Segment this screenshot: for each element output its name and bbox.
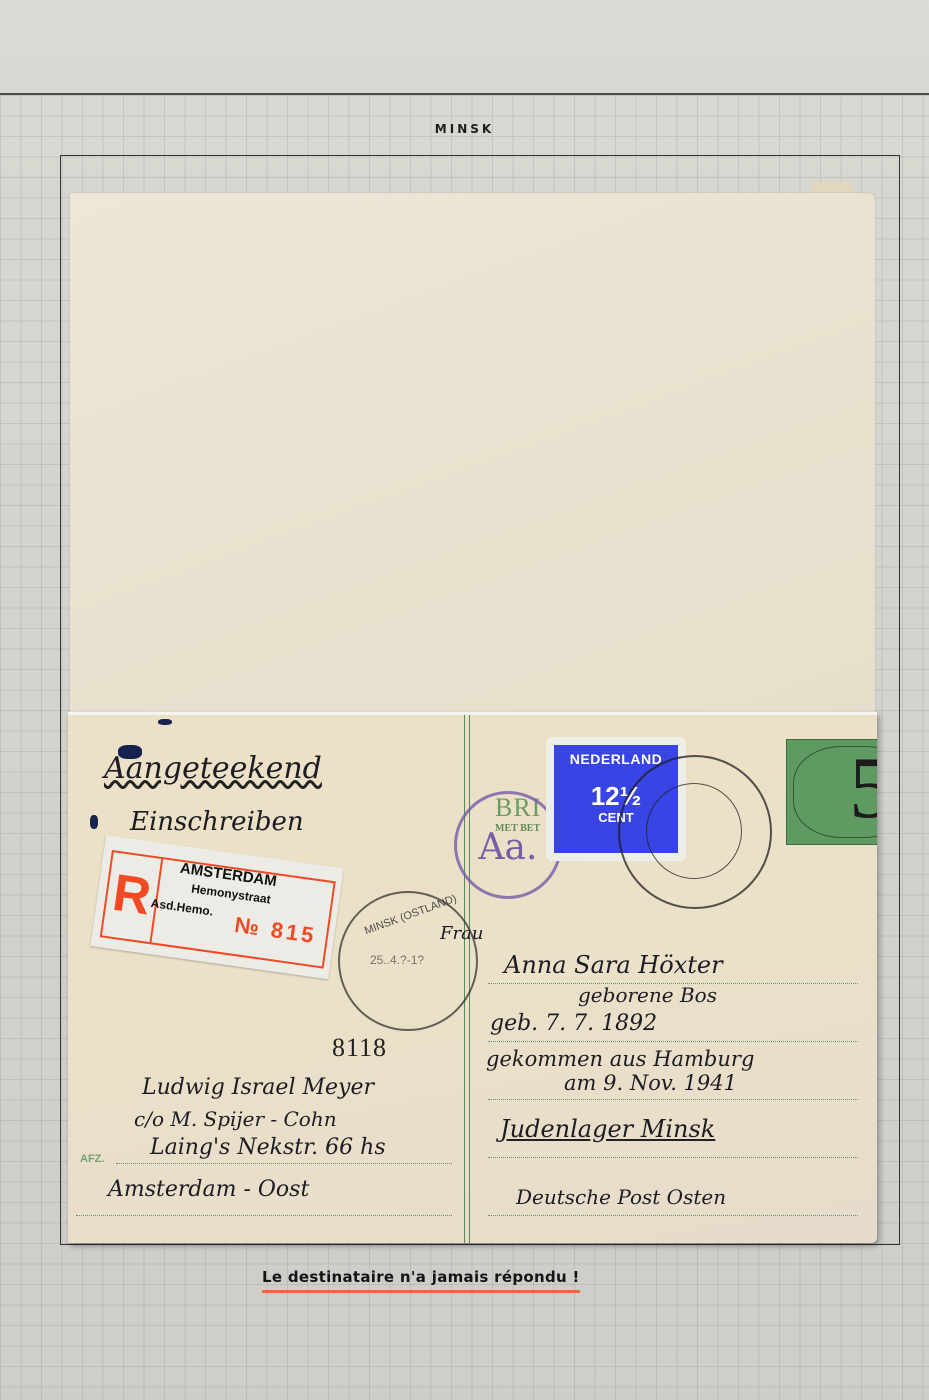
recipient-salutation: Frau [440, 923, 483, 944]
recipient-line: geborene Bos [578, 983, 717, 1007]
recipient-line: geb. 7. 7. 1892 [490, 1011, 657, 1036]
indicium-value: 5 [849, 744, 877, 834]
minsk-postmark-date: 25..4.?-1? [370, 953, 424, 967]
sender-dotted-line [116, 1163, 452, 1164]
sender-line: Ludwig Israel Meyer [142, 1075, 374, 1100]
reply-card-upper-half [70, 193, 875, 713]
album-caption: Le destinataire n'a jamais répondu ! [262, 1268, 580, 1293]
registration-handstamp-number: 8118 [332, 1033, 387, 1063]
address-dotted-line [488, 1099, 858, 1100]
amsterdam-postmark-inner [646, 783, 742, 879]
album-top-margin [0, 0, 929, 93]
recipient-line: Anna Sara Höxter [504, 951, 723, 979]
address-dotted-line [488, 1041, 858, 1042]
recipient-line: Judenlager Minsk [500, 1115, 715, 1143]
recipient-line: am 9. Nov. 1941 [564, 1071, 737, 1095]
address-dotted-line [488, 1215, 858, 1216]
ink-blot [90, 815, 98, 829]
ink-blot [158, 719, 172, 725]
sender-line: Laing's Nekstr. 66 hs [150, 1135, 386, 1160]
imprinted-indicium: 5 [786, 739, 877, 845]
instruction-registered-german: Einschreiben [130, 807, 304, 837]
address-dotted-line [488, 1157, 858, 1158]
censor-mark: Aa. [454, 791, 562, 899]
registration-label: R AMSTERDAM Hemonystraat Asd.Hemo. № 815 [90, 835, 343, 979]
minsk-postmark: MINSK (OSTLAND) 25..4.?-1? [338, 891, 478, 1031]
sender-line: Amsterdam - Oost [108, 1177, 309, 1202]
sender-dotted-line [76, 1215, 452, 1216]
postcard-address-side: Aangeteekend Einschreiben BRI MET BET Aa… [68, 712, 877, 1243]
recipient-line: Deutsche Post Osten [516, 1185, 726, 1209]
recipient-line: gekommen aus Hamburg [486, 1047, 754, 1071]
instruction-registered-dutch: Aangeteekend [104, 751, 322, 786]
sender-label: AFZ. [80, 1153, 104, 1165]
sender-line: c/o M. Spijer - Cohn [134, 1107, 337, 1131]
page-title: MINSK [0, 122, 929, 136]
